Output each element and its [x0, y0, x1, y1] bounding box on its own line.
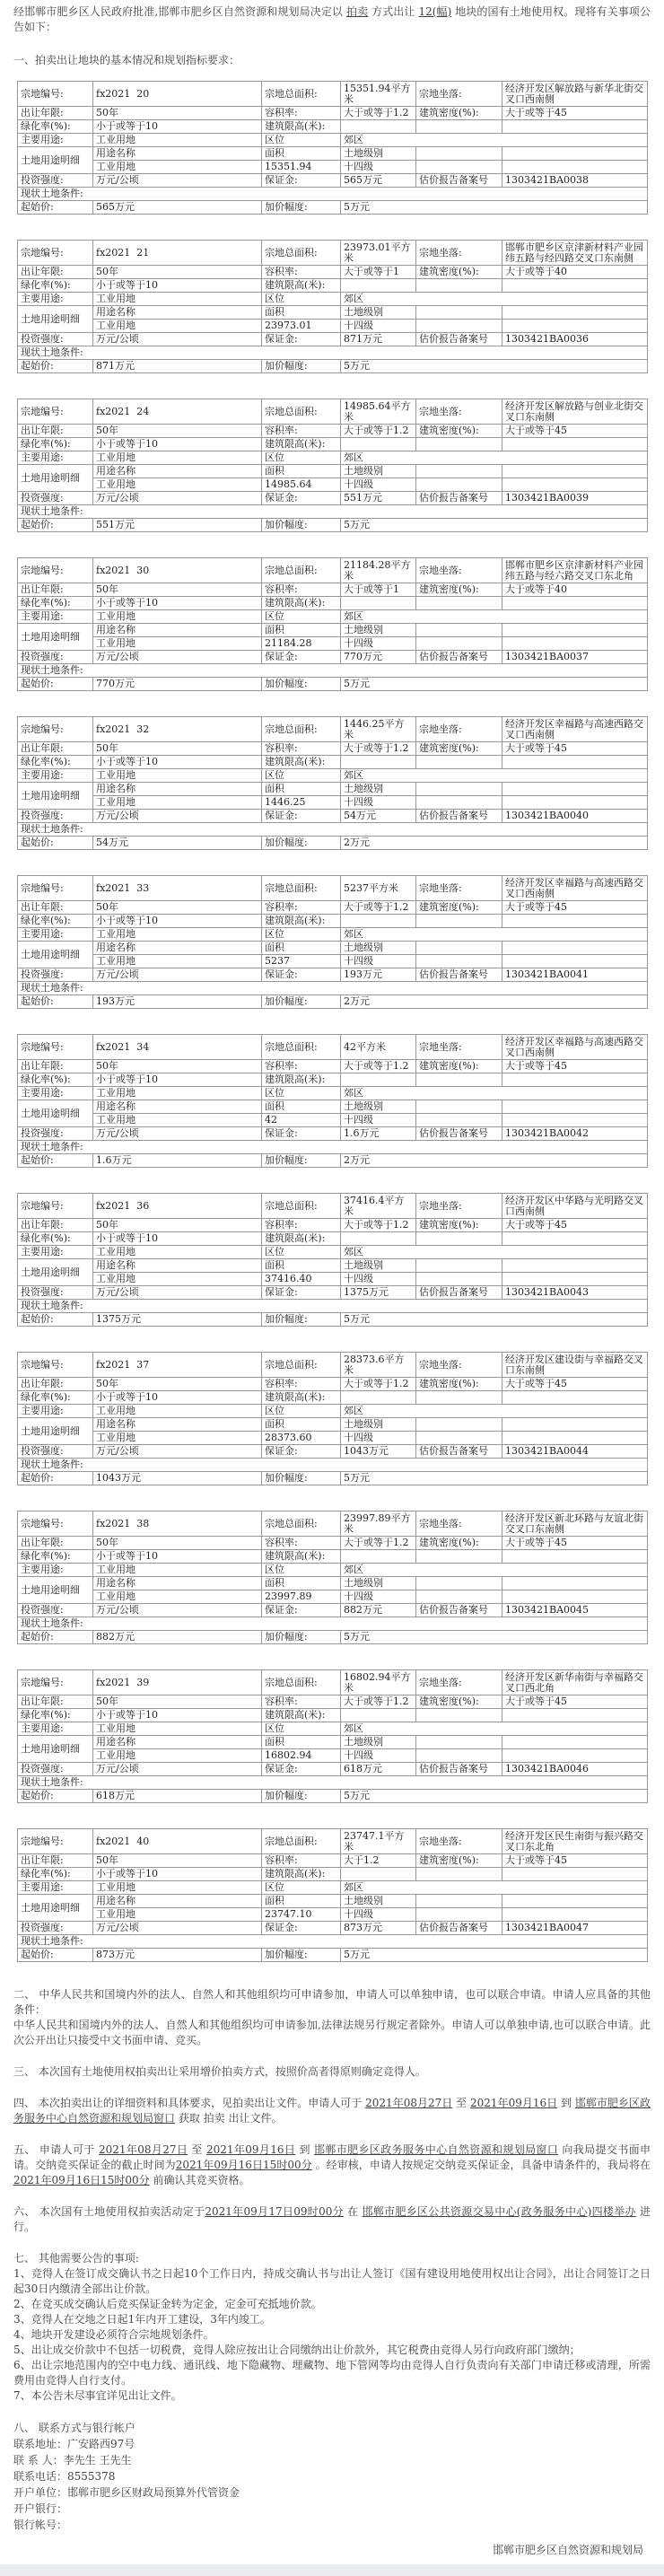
empty-cell	[502, 796, 648, 810]
region-label: 区位	[262, 1087, 341, 1100]
years-label: 出让年限:	[18, 266, 93, 279]
notice-item: 6、出让宗地范围内的空中电力线、通讯线、地下隐藏物、埋藏物、地下管网等均由竞得人…	[13, 2358, 651, 2388]
density-value: 大于或等于45	[502, 425, 648, 438]
increment-value: 5万元	[341, 1472, 648, 1485]
density-value: 大于或等于45	[502, 1537, 648, 1550]
use-detail-label: 土地用途明细	[18, 783, 93, 810]
deposit-value: 1.6万元	[341, 1127, 416, 1141]
table-row: 工业用地 37416.40 十四级	[18, 1273, 648, 1286]
greening-label: 绿化率(%):	[18, 1073, 93, 1087]
parcel-no-value: fx2021 20	[93, 82, 262, 107]
deposit-value: 54万元	[341, 810, 416, 823]
density-label: 建筑密度(%):	[416, 1378, 502, 1391]
use-name-value: 工业用地	[93, 955, 262, 968]
intro-paragraph: 经邯郸市肥乡区人民政府批准,邯郸市肥乡区自然资源和规划局决定以 拍卖 方式出让 …	[13, 4, 651, 35]
density-value: 大于或等于45	[502, 1378, 648, 1391]
deposit-value: 1043万元	[341, 1445, 416, 1459]
table-row: 出让年限: 50年 容积率: 大于或等于1.2 建筑密度(%): 大于或等于45	[18, 1378, 648, 1391]
height-limit-value	[341, 1232, 416, 1246]
start-price-label: 起始价:	[18, 1790, 93, 1803]
announcement-page: { "page": { "intro_segments": [ ["经邯郸市肥乡…	[0, 0, 664, 2576]
table-row: 出让年限: 50年 容积率: 大于或等于1.2 建筑密度(%): 大于或等于45	[18, 1060, 648, 1073]
plot-ratio-value: 大于或等于1.2	[341, 1060, 416, 1073]
density-label: 建筑密度(%):	[416, 1854, 502, 1868]
table-row: 土地用途明细 用途名称 面积 土地级别	[18, 783, 648, 796]
deposit-value: 1375万元	[341, 1286, 416, 1300]
start-price-label: 起始价:	[18, 1949, 93, 1962]
table-row: 宗地编号: fx2021 38 宗地总面积: 23997.89平方米 宗地坐落:…	[18, 1511, 648, 1537]
table-row: 主要用途: 工业用地 区位 郊区	[18, 1881, 648, 1895]
table-row: 土地用途明细 用途名称 面积 土地级别	[18, 306, 648, 320]
table-row: 宗地编号: fx2021 33 宗地总面积: 5237平方米 宗地坐落: 经济开…	[18, 876, 648, 901]
region-value: 郊区	[341, 1087, 648, 1100]
invest-value: 万元/公顷	[93, 1763, 262, 1776]
years-label: 出让年限:	[18, 1854, 93, 1868]
empty-cell	[416, 1895, 502, 1908]
section-6: 六、 本次国有土地使用权拍卖活动定于2021年09月17日09时00分 在 邯郸…	[13, 2204, 651, 2235]
use-detail-label: 土地用途明细	[18, 465, 93, 492]
parcel-no-label: 宗地编号:	[18, 1353, 93, 1378]
area-header: 面积	[262, 1895, 341, 1908]
plot-ratio-label: 容积率:	[262, 425, 341, 438]
total-area-value: 1446.25平方米	[341, 717, 416, 742]
table-row: 起始价: 618万元 加价幅度: 5万元	[18, 1790, 648, 1803]
parcel-table: 宗地编号: fx2021 37 宗地总面积: 28373.6平方米 宗地坐落: …	[17, 1352, 648, 1485]
empty-cell	[502, 1418, 648, 1432]
text-segment: 到	[295, 2143, 314, 2156]
table-row: 主要用途: 工业用地 区位 郊区	[18, 1246, 648, 1259]
main-use-value: 工业用地	[93, 134, 262, 147]
table-row: 起始价: 770万元 加价幅度: 5万元	[18, 678, 648, 691]
contact-line: 联系地址：广安路西97号	[13, 2436, 651, 2452]
location-value: 经济开发区解放路与创业北街交叉口东南侧	[502, 399, 648, 425]
table-row: 绿化率(%): 小于或等于10 建筑限高(米):	[18, 1391, 648, 1405]
report-no-label: 估价报告备案号	[416, 333, 502, 346]
location-label: 宗地坐落:	[416, 1511, 502, 1537]
region-label: 区位	[262, 451, 341, 465]
total-area-value: 21184.28平方米	[341, 558, 416, 583]
parcel-table: 宗地编号: fx2021 38 宗地总面积: 23997.89平方米 宗地坐落:…	[17, 1511, 648, 1644]
parcel-no-label: 宗地编号:	[18, 399, 93, 425]
report-no-label: 估价报告备案号	[416, 1604, 502, 1617]
greening-value: 小于或等于10	[93, 1073, 262, 1087]
invest-label: 投资强度:	[18, 1922, 93, 1935]
grade-value: 十四级	[341, 796, 416, 810]
report-no-label: 估价报告备案号	[416, 1286, 502, 1300]
total-area-label: 宗地总面积:	[262, 1670, 341, 1695]
greening-label: 绿化率(%):	[18, 597, 93, 610]
main-use-value: 工业用地	[93, 1881, 262, 1895]
invest-label: 投资强度:	[18, 1445, 93, 1459]
empty-cell	[416, 1100, 502, 1114]
table-row: 起始价: 871万元 加价幅度: 5万元	[18, 360, 648, 373]
table-row: 出让年限: 50年 容积率: 大于1.2 建筑密度(%): 大于或等于45	[18, 1854, 648, 1868]
plot-ratio-label: 容积率:	[262, 1060, 341, 1073]
grade-header: 土地级别	[341, 1418, 416, 1432]
empty-cell	[416, 1736, 502, 1749]
plot-ratio-value: 大于或等于1.2	[341, 901, 416, 915]
table-row: 主要用途: 工业用地 区位 郊区	[18, 769, 648, 783]
table-row: 绿化率(%): 小于或等于10 建筑限高(米):	[18, 1709, 648, 1722]
use-detail-label: 土地用途明细	[18, 624, 93, 651]
notice-item: 1、竞得人在签订成交确认书之日起10个工作日内，持成交确认书与出让人签订《国有建…	[13, 2266, 651, 2297]
empty-cell	[416, 1418, 502, 1432]
report-no-value: 1303421BA0044	[502, 1445, 648, 1459]
greening-label: 绿化率(%):	[18, 1709, 93, 1722]
use-name-header: 用途名称	[93, 783, 262, 796]
empty-cell	[502, 1432, 648, 1445]
empty-cell	[416, 637, 502, 651]
start-price-value: 871万元	[93, 360, 262, 373]
increment-value: 5万元	[341, 1949, 648, 1962]
table-row: 投资强度: 万元/公顷 保证金: 551万元 估价报告备案号 1303421BA…	[18, 492, 648, 505]
start-price-value: 1375万元	[93, 1313, 262, 1327]
deposit-value: 871万元	[341, 333, 416, 346]
invest-value: 万元/公顷	[93, 1922, 262, 1935]
empty-cell	[416, 783, 502, 796]
main-use-value: 工业用地	[93, 769, 262, 783]
main-use-label: 主要用途:	[18, 1881, 93, 1895]
years-value: 50年	[93, 901, 262, 915]
plot-ratio-value: 大于或等于1.2	[341, 107, 416, 120]
total-area-label: 宗地总面积:	[262, 717, 341, 742]
greening-label: 绿化率(%):	[18, 915, 93, 928]
empty-cell	[502, 147, 648, 161]
empty-cell	[416, 1749, 502, 1763]
use-name-value: 工业用地	[93, 1114, 262, 1127]
underlined-text-segment: 2021年08月27日	[365, 2097, 452, 2109]
deposit-label: 保证金:	[262, 174, 341, 188]
height-limit-value	[341, 1550, 416, 1564]
height-limit-label: 建筑限高(米):	[262, 120, 341, 134]
start-price-label: 起始价:	[18, 837, 93, 850]
parcel-table: 宗地编号: fx2021 36 宗地总面积: 37416.4平方米 宗地坐落: …	[17, 1193, 648, 1327]
region-label: 区位	[262, 1722, 341, 1736]
report-no-value: 1303421BA0043	[502, 1286, 648, 1300]
report-no-label: 估价报告备案号	[416, 810, 502, 823]
parcel-no-value: fx2021 21	[93, 241, 262, 266]
location-value: 经济开发区建设街与幸福路交叉口东南侧	[502, 1353, 648, 1378]
increment-label: 加价幅度:	[262, 1790, 341, 1803]
density-label: 建筑密度(%):	[416, 1219, 502, 1232]
density-value: 大于或等于45	[502, 901, 648, 915]
plot-ratio-value: 大于或等于1.2	[341, 1695, 416, 1709]
deposit-value: 565万元	[341, 174, 416, 188]
parcel-no-label: 宗地编号:	[18, 1829, 93, 1854]
region-value: 郊区	[341, 451, 648, 465]
total-area-label: 宗地总面积:	[262, 1511, 341, 1537]
main-use-label: 主要用途:	[18, 134, 93, 147]
location-label: 宗地坐落:	[416, 1353, 502, 1378]
table-row: 主要用途: 工业用地 区位 郊区	[18, 1722, 648, 1736]
plot-ratio-value: 大于或等于1.2	[341, 425, 416, 438]
footer-bar	[0, 2564, 664, 2576]
table-row: 投资强度: 万元/公顷 保证金: 871万元 估价报告备案号 1303421BA…	[18, 333, 648, 346]
underlined-text-segment: 2021年09月17日09时00分	[205, 2205, 344, 2218]
parcel-table: 宗地编号: fx2021 32 宗地总面积: 1446.25平方米 宗地坐落: …	[17, 716, 648, 850]
empty-cell	[502, 637, 648, 651]
invest-value: 万元/公顷	[93, 1445, 262, 1459]
contact-line: 联系电话：8555378	[13, 2468, 651, 2484]
greening-value: 小于或等于10	[93, 1709, 262, 1722]
underlined-text-segment: 2021年09月16日	[206, 2143, 295, 2156]
total-area-label: 宗地总面积:	[262, 399, 341, 425]
start-price-value: 1.6万元	[93, 1154, 262, 1168]
empty-cell	[502, 1908, 648, 1922]
report-no-value: 1303421BA0045	[502, 1604, 648, 1617]
condition-label: 现状土地条件:	[18, 505, 648, 519]
table-row: 起始价: 565万元 加价幅度: 5万元	[18, 201, 648, 215]
grade-value: 十四级	[341, 161, 416, 174]
section-2: 二、 中华人民共和国境内外的法人、自然人和其他组织均可申请参加，申请人可以单独申…	[13, 1987, 651, 2048]
table-row: 土地用途明细 用途名称 面积 土地级别	[18, 1259, 648, 1273]
table-row: 宗地编号: fx2021 21 宗地总面积: 23973.01平方米 宗地坐落:…	[18, 241, 648, 266]
use-area-value: 5237	[262, 955, 341, 968]
grade-header: 土地级别	[341, 1736, 416, 1749]
increment-value: 2万元	[341, 995, 648, 1009]
table-row: 绿化率(%): 小于或等于10 建筑限高(米):	[18, 1232, 648, 1246]
years-value: 50年	[93, 107, 262, 120]
area-header: 面积	[262, 465, 341, 478]
empty-cell	[416, 1550, 502, 1564]
location-value: 经济开发区幸福路与高速西路交叉口西南侧	[502, 876, 648, 901]
invest-label: 投资强度:	[18, 968, 93, 982]
use-name-header: 用途名称	[93, 1418, 262, 1432]
notice-item: 2、在竞买成交确认后竞买保证金转为定金，定金可充抵地价款。	[13, 2297, 651, 2312]
deposit-label: 保证金:	[262, 651, 341, 664]
report-no-label: 估价报告备案号	[416, 1127, 502, 1141]
table-row: 工业用地 28373.60 十四级	[18, 1432, 648, 1445]
total-area-value: 16802.94平方米	[341, 1670, 416, 1695]
table-row: 绿化率(%): 小于或等于10 建筑限高(米):	[18, 120, 648, 134]
condition-label: 现状土地条件:	[18, 1300, 648, 1313]
parcel-no-value: fx2021 24	[93, 399, 262, 425]
empty-cell	[416, 1273, 502, 1286]
use-name-header: 用途名称	[93, 624, 262, 637]
total-area-value: 28373.6平方米	[341, 1353, 416, 1378]
use-name-header: 用途名称	[93, 942, 262, 955]
start-price-label: 起始价:	[18, 201, 93, 215]
empty-cell	[416, 465, 502, 478]
density-label: 建筑密度(%):	[416, 266, 502, 279]
condition-label: 现状土地条件:	[18, 982, 648, 995]
deposit-value: 770万元	[341, 651, 416, 664]
height-limit-label: 建筑限高(米):	[262, 1709, 341, 1722]
empty-cell	[502, 161, 648, 174]
table-row: 起始价: 193万元 加价幅度: 2万元	[18, 995, 648, 1009]
section7-items: 1、竞得人在签订成交确认书之日起10个工作日内，持成交确认书与出让人签订《国有建…	[13, 2266, 651, 2404]
invest-value: 万元/公顷	[93, 1286, 262, 1300]
main-use-value: 工业用地	[93, 610, 262, 624]
use-area-value: 15351.94	[262, 161, 341, 174]
report-no-label: 估价报告备案号	[416, 174, 502, 188]
start-price-label: 起始价:	[18, 1472, 93, 1485]
grade-value: 十四级	[341, 1114, 416, 1127]
table-row: 宗地编号: fx2021 20 宗地总面积: 15351.94平方米 宗地坐落:…	[18, 82, 648, 107]
underlined-text-segment: 12(幅)	[418, 5, 451, 18]
invest-value: 万元/公顷	[93, 651, 262, 664]
empty-cell	[502, 1709, 648, 1722]
greening-value: 小于或等于10	[93, 1868, 262, 1881]
region-label: 区位	[262, 1564, 341, 1577]
use-detail-label: 土地用途明细	[18, 1418, 93, 1445]
invest-label: 投资强度:	[18, 333, 93, 346]
start-price-value: 873万元	[93, 1949, 262, 1962]
region-value: 郊区	[341, 1246, 648, 1259]
use-name-header: 用途名称	[93, 1577, 262, 1590]
empty-cell	[502, 624, 648, 637]
use-name-header: 用途名称	[93, 1259, 262, 1273]
empty-cell	[416, 756, 502, 769]
main-use-value: 工业用地	[93, 1087, 262, 1100]
main-use-label: 主要用途:	[18, 451, 93, 465]
use-area-value: 23997.89	[262, 1590, 341, 1604]
table-row: 现状土地条件:	[18, 1617, 648, 1631]
density-value: 大于或等于45	[502, 1060, 648, 1073]
main-use-label: 主要用途:	[18, 1722, 93, 1736]
area-header: 面积	[262, 1577, 341, 1590]
location-value: 经济开发区新北环路与友谊北街交叉口东南侧	[502, 1511, 648, 1537]
section6-paragraph: 六、 本次国有土地使用权拍卖活动定于2021年09月17日09时00分 在 邯郸…	[13, 2204, 651, 2235]
section-7: 七、 其他需要公告的事项: 1、竞得人在签订成交确认书之日起10个工作日内，持成…	[13, 2251, 651, 2404]
notice-item: 3、竞得人在交地之日起1年内开工建设，3年内竣工。	[13, 2312, 651, 2327]
greening-value: 小于或等于10	[93, 120, 262, 134]
deposit-label: 保证金:	[262, 1445, 341, 1459]
table-row: 绿化率(%): 小于或等于10 建筑限高(米):	[18, 756, 648, 769]
invest-value: 万元/公顷	[93, 810, 262, 823]
plot-ratio-value: 大于或等于1	[341, 583, 416, 597]
empty-cell	[502, 1577, 648, 1590]
grade-header: 土地级别	[341, 783, 416, 796]
area-header: 面积	[262, 1259, 341, 1273]
section2-heading: 二、 中华人民共和国境内外的法人、自然人和其他组织均可申请参加，申请人可以单独申…	[13, 1987, 651, 2018]
table-row: 现状土地条件:	[18, 664, 648, 678]
area-header: 面积	[262, 942, 341, 955]
empty-cell	[502, 1590, 648, 1604]
region-value: 郊区	[341, 1722, 648, 1736]
parcel-no-label: 宗地编号:	[18, 1511, 93, 1537]
parcel-no-label: 宗地编号:	[18, 1035, 93, 1060]
use-name-value: 工业用地	[93, 478, 262, 492]
area-header: 面积	[262, 1100, 341, 1114]
table-row: 起始价: 551万元 加价幅度: 5万元	[18, 519, 648, 532]
total-area-label: 宗地总面积:	[262, 876, 341, 901]
region-value: 郊区	[341, 769, 648, 783]
total-area-label: 宗地总面积:	[262, 1194, 341, 1219]
table-row: 土地用途明细 用途名称 面积 土地级别	[18, 1736, 648, 1749]
start-price-value: 618万元	[93, 1790, 262, 1803]
table-row: 主要用途: 工业用地 区位 郊区	[18, 293, 648, 306]
table-row: 主要用途: 工业用地 区位 郊区	[18, 134, 648, 147]
table-row: 现状土地条件:	[18, 982, 648, 995]
invest-label: 投资强度:	[18, 1763, 93, 1776]
region-label: 区位	[262, 928, 341, 942]
height-limit-label: 建筑限高(米):	[262, 1550, 341, 1564]
start-price-label: 起始价:	[18, 995, 93, 1009]
plot-ratio-label: 容积率:	[262, 266, 341, 279]
deposit-value: 882万元	[341, 1604, 416, 1617]
start-price-value: 565万元	[93, 201, 262, 215]
use-name-value: 工业用地	[93, 637, 262, 651]
density-label: 建筑密度(%):	[416, 425, 502, 438]
start-price-value: 54万元	[93, 837, 262, 850]
increment-label: 加价幅度:	[262, 678, 341, 691]
greening-value: 小于或等于10	[93, 1391, 262, 1405]
use-detail-label: 土地用途明细	[18, 1577, 93, 1604]
empty-cell	[416, 1432, 502, 1445]
increment-value: 5万元	[341, 1313, 648, 1327]
plot-ratio-label: 容积率:	[262, 1854, 341, 1868]
section-5: 五、 申请人可于 2021年08月27日 至 2021年09月16日 到 邯郸市…	[13, 2142, 651, 2188]
main-use-label: 主要用途:	[18, 1246, 93, 1259]
deposit-label: 保证金:	[262, 810, 341, 823]
start-price-label: 起始价:	[18, 1631, 93, 1644]
empty-cell	[502, 320, 648, 333]
empty-cell	[416, 1232, 502, 1246]
table-row: 投资强度: 万元/公顷 保证金: 1375万元 估价报告备案号 1303421B…	[18, 1286, 648, 1300]
height-limit-label: 建筑限高(米):	[262, 915, 341, 928]
start-price-label: 起始价:	[18, 360, 93, 373]
plot-ratio-label: 容积率:	[262, 1219, 341, 1232]
region-value: 郊区	[341, 928, 648, 942]
report-no-label: 估价报告备案号	[416, 1922, 502, 1935]
use-name-header: 用途名称	[93, 1100, 262, 1114]
empty-cell	[502, 1868, 648, 1881]
empty-cell	[416, 1073, 502, 1087]
total-area-label: 宗地总面积:	[262, 1353, 341, 1378]
parcel-no-label: 宗地编号:	[18, 558, 93, 583]
invest-label: 投资强度:	[18, 1286, 93, 1300]
empty-cell	[502, 1749, 648, 1763]
table-row: 宗地编号: fx2021 40 宗地总面积: 23747.1平方米 宗地坐落: …	[18, 1829, 648, 1854]
table-row: 出让年限: 50年 容积率: 大于或等于1.2 建筑密度(%): 大于或等于45	[18, 1537, 648, 1550]
region-label: 区位	[262, 610, 341, 624]
increment-label: 加价幅度:	[262, 1631, 341, 1644]
grade-header: 土地级别	[341, 1100, 416, 1114]
plot-ratio-value: 大于或等于1.2	[341, 1219, 416, 1232]
increment-label: 加价幅度:	[262, 995, 341, 1009]
section4-paragraph: 四、 本次拍卖出让的详细资料和具体要求，见拍卖出让文件。申请人可于 2021年0…	[13, 2096, 651, 2126]
years-label: 出让年限:	[18, 1060, 93, 1073]
condition-label: 现状土地条件:	[18, 188, 648, 201]
contact-line: 银行帐号：	[13, 2517, 651, 2533]
condition-label: 现状土地条件:	[18, 823, 648, 837]
section-4: 四、 本次拍卖出让的详细资料和具体要求，见拍卖出让文件。申请人可于 2021年0…	[13, 2096, 651, 2126]
grade-value: 十四级	[341, 1749, 416, 1763]
empty-cell	[416, 320, 502, 333]
condition-label: 现状土地条件:	[18, 346, 648, 360]
height-limit-value	[341, 279, 416, 293]
height-limit-label: 建筑限高(米):	[262, 597, 341, 610]
table-row: 工业用地 14985.64 十四级	[18, 478, 648, 492]
grade-header: 土地级别	[341, 465, 416, 478]
contact-line: 开户银行：	[13, 2501, 651, 2517]
total-area-label: 宗地总面积:	[262, 241, 341, 266]
table-row: 工业用地 23997.89 十四级	[18, 1590, 648, 1604]
table-row: 主要用途: 工业用地 区位 郊区	[18, 1564, 648, 1577]
start-price-value: 1043万元	[93, 1472, 262, 1485]
years-value: 50年	[93, 266, 262, 279]
table-row: 现状土地条件:	[18, 823, 648, 837]
empty-cell	[502, 1895, 648, 1908]
increment-value: 2万元	[341, 1154, 648, 1168]
start-price-label: 起始价:	[18, 678, 93, 691]
start-price-value: 551万元	[93, 519, 262, 532]
height-limit-label: 建筑限高(米):	[262, 1232, 341, 1246]
table-row: 工业用地 5237 十四级	[18, 955, 648, 968]
text-segment: 。经审核，申请人按规定交纳竞买保证金，具备申请条件的，我局将在	[312, 2159, 651, 2171]
years-label: 出让年限:	[18, 583, 93, 597]
